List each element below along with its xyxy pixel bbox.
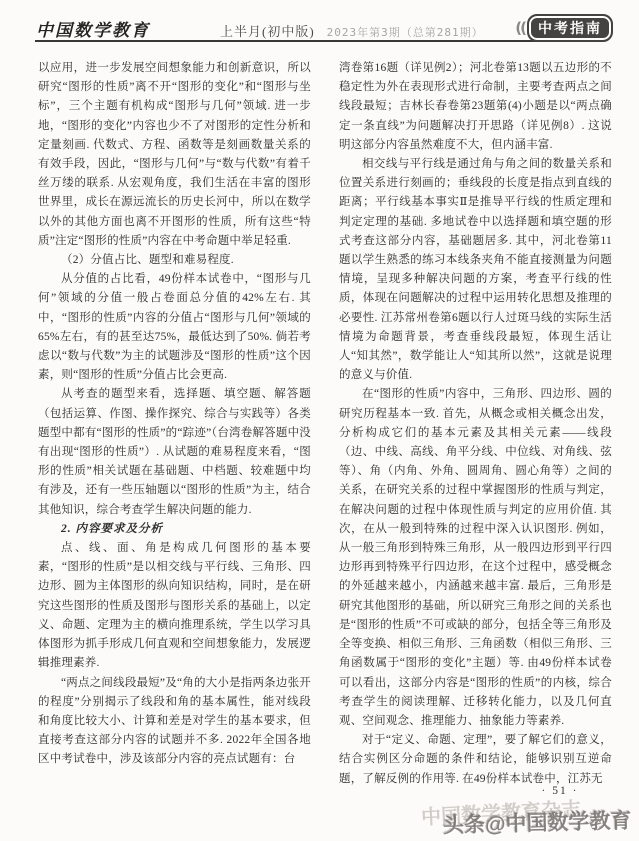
paragraph: 对于“定义、命题、定理”，要了解它们的意义，结合实例区分命题的条件和结论，能够识… — [339, 731, 612, 789]
paragraph: 湾卷第16题（详见例2）；河北卷第13题以五边形的不稳定性为外在表现形式进行命制… — [339, 59, 612, 155]
page-header: 中国数学教育 上半月(初中版) 2023年第3期（总第281期） (( 中考指南 — [0, 0, 639, 46]
section-heading: 2. 内容要求及分析 — [38, 520, 311, 539]
section-badge: (( 中考指南 — [515, 14, 613, 42]
article-body: 以应用，进一步发展空间想象能力和创新意识，所以研究“图形的性质”离不开“图形的变… — [38, 59, 612, 789]
paragraph: 点、线、面、角是构成几何图形的基本要素，“图形的性质”是以相交线与平行线、三角形… — [38, 539, 311, 673]
paragraph: 相交线与平行线是通过角与角之间的数量关系和位置关系进行刻画的；垂线段的长度是指点… — [339, 155, 612, 385]
journal-title: 中国数学教育 — [36, 16, 150, 41]
column-right: 湾卷第16题（详见例2）；河北卷第13题以五边形的不稳定性为外在表现形式进行命制… — [339, 59, 612, 789]
paragraph: 以应用，进一步发展空间想象能力和创新意识，所以研究“图形的性质”离不开“图形的变… — [38, 59, 311, 251]
watermark: 中国数学教育杂志 头条@中国数学教育 — [359, 797, 639, 841]
watermark-ghost-text: 中国数学教育杂志 — [420, 793, 581, 830]
issue-label: 2023年第3期（总第281期） — [327, 26, 484, 39]
edition-label: 上半月(初中版) — [220, 24, 315, 39]
watermark-main-text: 头条@中国数学教育 — [442, 805, 631, 840]
header-middle: 上半月(初中版) 2023年第3期（总第281期） — [220, 21, 484, 41]
column-left: 以应用，进一步发展空间想象能力和创新意识，所以研究“图形的性质”离不开“图形的变… — [38, 59, 311, 789]
paragraph: 从考查的题型来看，选择题、填空题、解答题（包括运算、作图、操作探究、综合与实践等… — [38, 385, 311, 519]
paragraph: 在“图形的性质”内容中，三角形、四边形、圆的研究历程基本一致. 首先，从概念或相… — [339, 385, 612, 731]
page-number: · 51 · — [500, 785, 620, 797]
badge-label: 中考指南 — [527, 14, 613, 42]
paragraph: （2）分值占比、题型和难易程度. — [38, 251, 311, 270]
paragraph: 从分值的占比看，49份样本试卷中，“图形与几何”领域的分值一般占卷面总分值的42… — [38, 270, 311, 385]
paragraph: “两点之间线段最短”及“角的大小是指两条边张开的程度”分别揭示了线段和角的基本属… — [38, 674, 311, 770]
badge-brackets-icon: (( — [515, 19, 525, 37]
